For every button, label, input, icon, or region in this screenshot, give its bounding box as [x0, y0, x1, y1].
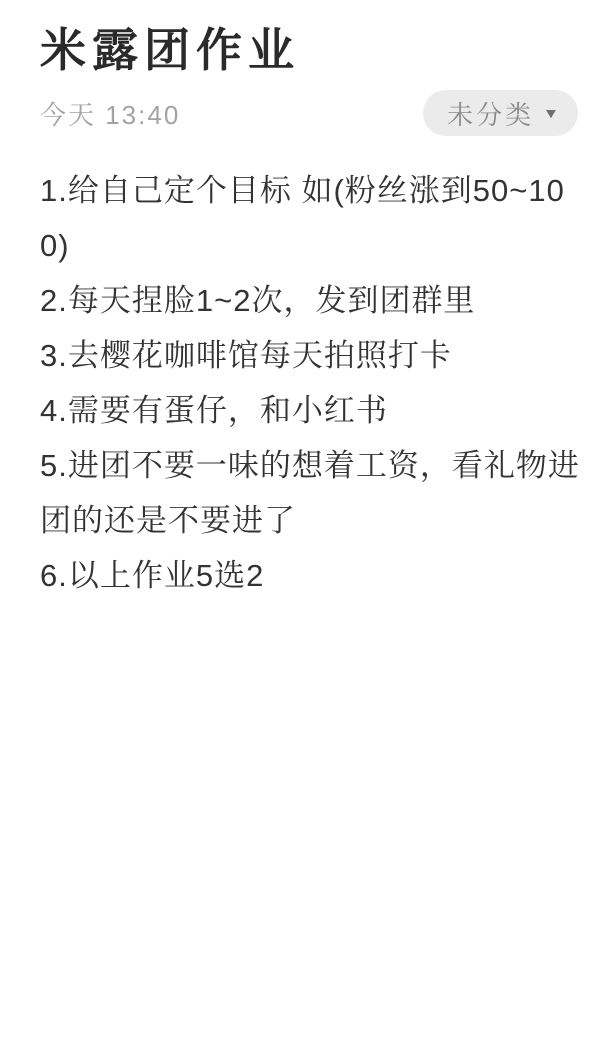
note-title[interactable]: 米露团作业	[0, 0, 611, 76]
chevron-down-icon: ▼	[543, 106, 560, 120]
category-selector-button[interactable]: 未分类 ▼	[423, 90, 578, 136]
note-page: 米露团作业 今天 13:40 未分类 ▼ 1.给自己定个目标 如(粉丝涨到50~…	[0, 0, 611, 1042]
note-body[interactable]: 1.给自己定个目标 如(粉丝涨到50~100) 2.每天捏脸1~2次，发到团群里…	[40, 163, 581, 603]
note-timestamp: 今天 13:40	[40, 95, 180, 132]
note-line-3[interactable]: 3.去樱花咖啡馆每天拍照打卡	[40, 328, 581, 383]
note-line-6[interactable]: 6.以上作业5选2	[40, 548, 581, 603]
note-meta-row: 今天 13:40 未分类 ▼	[40, 90, 578, 136]
category-label: 未分类	[447, 95, 534, 132]
note-line-2[interactable]: 2.每天捏脸1~2次，发到团群里	[40, 273, 581, 328]
note-line-5[interactable]: 5.进团不要一味的想着工资，看礼物进 团的还是不要进了	[40, 438, 581, 548]
note-line-1[interactable]: 1.给自己定个目标 如(粉丝涨到50~100)	[40, 163, 581, 273]
note-line-4[interactable]: 4.需要有蛋仔，和小红书	[40, 383, 581, 438]
